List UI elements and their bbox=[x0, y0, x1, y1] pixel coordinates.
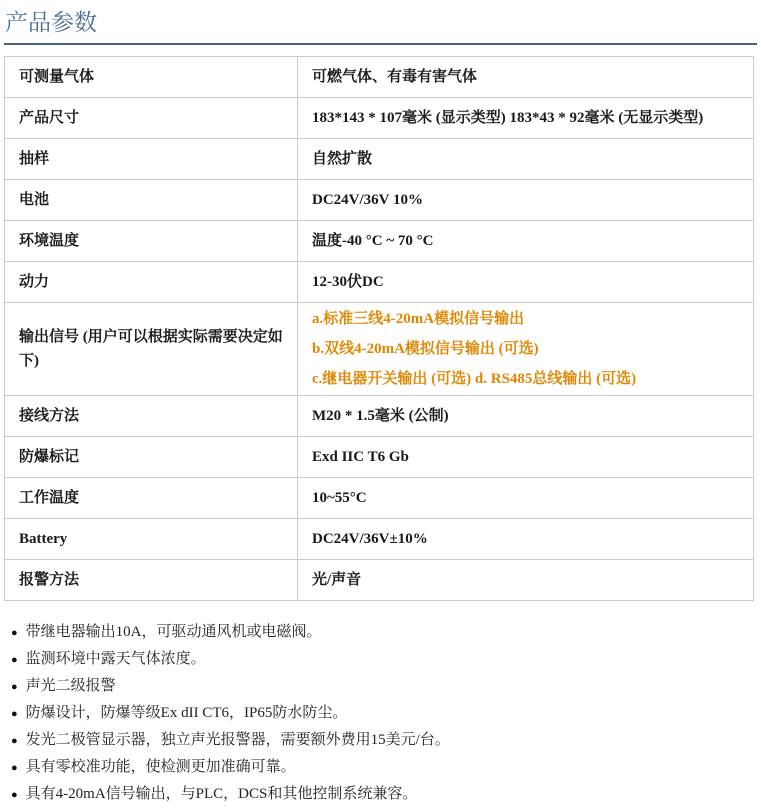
param-value-cell: M20 * 1.5毫米 (公制) bbox=[298, 396, 754, 437]
table-row: 防爆标记 Exd IIC T6 Gb bbox=[5, 437, 754, 478]
feature-text: 具有4-20mA信号输出，与PLC，DCS和其他控制系统兼容。 bbox=[26, 781, 418, 807]
param-value-cell: 183*143 * 107毫米 (显示类型) 183*43 * 92毫米 (无显… bbox=[298, 98, 754, 139]
param-label-cell: 动力 bbox=[5, 262, 298, 303]
table-row: 产品尺寸 183*143 * 107毫米 (显示类型) 183*43 * 92毫… bbox=[5, 98, 754, 139]
param-value-cell: 12-30伏DC bbox=[298, 262, 754, 303]
table-row: 环境温度 温度-40 °C ~ 70 °C bbox=[5, 221, 754, 262]
table-row: 抽样 自然扩散 bbox=[5, 139, 754, 180]
list-item: ● 监测环境中露天气体浓度。 bbox=[11, 646, 757, 673]
table-row: 接线方法 M20 * 1.5毫米 (公制) bbox=[5, 396, 754, 437]
param-value-cell: Exd IIC T6 Gb bbox=[298, 437, 754, 478]
list-item: ● 声光二级报警 bbox=[11, 673, 757, 700]
param-label-cell: 工作温度 bbox=[5, 478, 298, 519]
feature-list: ● 带继电器输出10A，可驱动通风机或电磁阀。 ● 监测环境中露天气体浓度。 ●… bbox=[4, 619, 757, 808]
param-label-cell: 接线方法 bbox=[5, 396, 298, 437]
feature-text: 带继电器输出10A，可驱动通风机或电磁阀。 bbox=[26, 619, 322, 645]
title-divider bbox=[4, 43, 757, 45]
bullet-icon: ● bbox=[11, 647, 18, 673]
feature-text: 具有零校准功能，使检测更加准确可靠。 bbox=[26, 754, 296, 780]
parameters-table-body: 可测量气体 可燃气体、有毒有害气体 产品尺寸 183*143 * 107毫米 (… bbox=[5, 57, 754, 601]
bullet-icon: ● bbox=[11, 620, 18, 646]
param-value-cell: 光/声音 bbox=[298, 560, 754, 601]
table-row: 电池 DC24V/36V 10% bbox=[5, 180, 754, 221]
bullet-icon: ● bbox=[11, 701, 18, 727]
param-label-cell: 报警方法 bbox=[5, 560, 298, 601]
feature-text: 发光二极管显示器，独立声光报警器，需要额外费用15美元/台。 bbox=[26, 727, 450, 753]
bullet-icon: ● bbox=[11, 674, 18, 700]
page-title: 产品参数 bbox=[5, 8, 757, 36]
param-label-cell: Battery bbox=[5, 519, 298, 560]
param-label-cell: 电池 bbox=[5, 180, 298, 221]
list-item: ● 具有零校准功能，使检测更加准确可靠。 bbox=[11, 754, 757, 781]
param-value-cell: DC24V/36V±10% bbox=[298, 519, 754, 560]
page-container: 产品参数 可测量气体 可燃气体、有毒有害气体 产品尺寸 183*143 * 10… bbox=[0, 0, 761, 808]
bullet-icon: ● bbox=[11, 755, 18, 781]
feature-text: 声光二级报警 bbox=[26, 673, 116, 699]
param-label-cell: 防爆标记 bbox=[5, 437, 298, 478]
bullet-icon: ● bbox=[11, 782, 18, 808]
param-value-cell: 10~55°C bbox=[298, 478, 754, 519]
param-value-cell: a.标准三线4-20mA模拟信号输出 b.双线4-20mA模拟信号输出 (可选)… bbox=[298, 303, 754, 396]
param-label-cell: 产品尺寸 bbox=[5, 98, 298, 139]
table-row: 动力 12-30伏DC bbox=[5, 262, 754, 303]
table-row: Battery DC24V/36V±10% bbox=[5, 519, 754, 560]
param-label-cell: 环境温度 bbox=[5, 221, 298, 262]
param-value-cell: 可燃气体、有毒有害气体 bbox=[298, 57, 754, 98]
table-row: 工作温度 10~55°C bbox=[5, 478, 754, 519]
param-label-cell: 可测量气体 bbox=[5, 57, 298, 98]
param-value-cell: 自然扩散 bbox=[298, 139, 754, 180]
param-value-cell: 温度-40 °C ~ 70 °C bbox=[298, 221, 754, 262]
feature-text: 监测环境中露天气体浓度。 bbox=[26, 646, 206, 672]
list-item: ● 防爆设计，防爆等级Ex dII CT6，IP65防水防尘。 bbox=[11, 700, 757, 727]
table-row: 输出信号 (用户可以根据实际需要决定如下) a.标准三线4-20mA模拟信号输出… bbox=[5, 303, 754, 396]
bullet-icon: ● bbox=[11, 728, 18, 754]
table-row: 报警方法 光/声音 bbox=[5, 560, 754, 601]
param-value-cell: DC24V/36V 10% bbox=[298, 180, 754, 221]
param-label-cell: 输出信号 (用户可以根据实际需要决定如下) bbox=[5, 303, 298, 396]
parameters-table: 可测量气体 可燃气体、有毒有害气体 产品尺寸 183*143 * 107毫米 (… bbox=[4, 56, 754, 601]
param-label-cell: 抽样 bbox=[5, 139, 298, 180]
list-item: ● 具有4-20mA信号输出，与PLC，DCS和其他控制系统兼容。 bbox=[11, 781, 757, 808]
feature-text: 防爆设计，防爆等级Ex dII CT6，IP65防水防尘。 bbox=[26, 700, 348, 726]
table-row: 可测量气体 可燃气体、有毒有害气体 bbox=[5, 57, 754, 98]
list-item: ● 带继电器输出10A，可驱动通风机或电磁阀。 bbox=[11, 619, 757, 646]
list-item: ● 发光二极管显示器，独立声光报警器，需要额外费用15美元/台。 bbox=[11, 727, 757, 754]
